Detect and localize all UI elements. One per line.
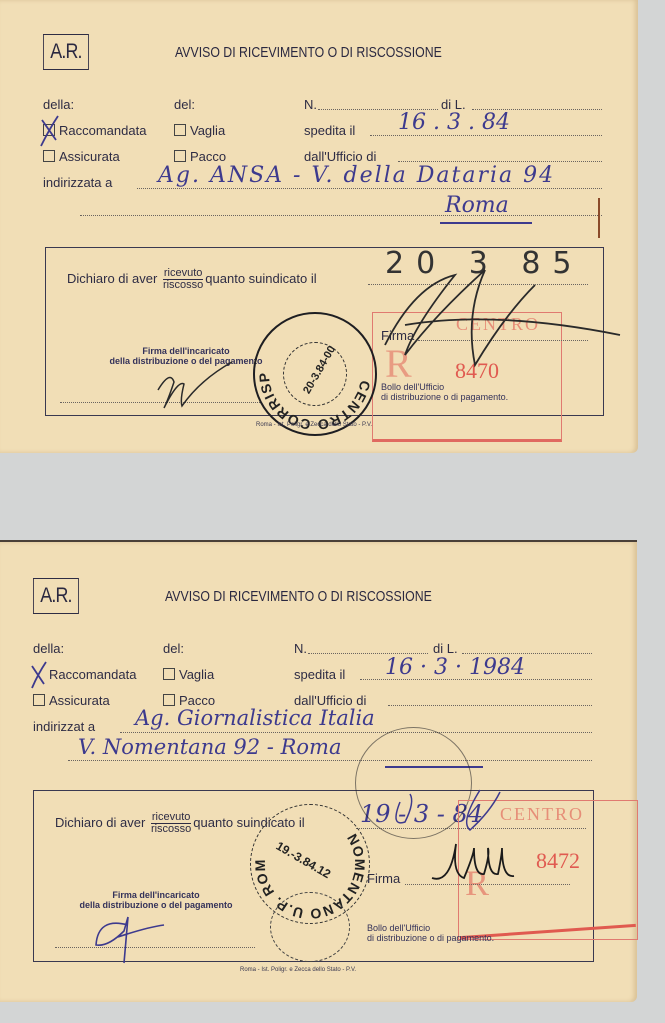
spedita-value: 16 . 3 . 84	[398, 110, 510, 135]
spedita-value: 16 · 3 · 1984	[385, 655, 525, 680]
address-underline	[440, 222, 532, 224]
declaration-text: Dichiaro di aver ricevutoriscossoquanto …	[67, 268, 317, 291]
ufficio-field[interactable]	[388, 705, 592, 706]
red-stamp-number: 8472	[536, 848, 580, 874]
ar-label-box: A.R.	[43, 34, 89, 70]
blue-date-scribble	[360, 782, 560, 842]
printer-footer: Roma - Ist. Poligr. e Zecca dello Stato …	[240, 967, 356, 973]
vaglia-option[interactable]: Vaglia	[163, 667, 214, 682]
della-label: della:	[43, 97, 74, 112]
address-line-1: Ag. ANSA - V. della Dataria 94	[158, 163, 555, 188]
ar-label: A.R.	[40, 584, 71, 607]
della-label: della:	[33, 641, 64, 656]
received-collected-fraction: ricevutoriscosso	[151, 812, 191, 835]
postmark-lower-ring	[270, 892, 350, 962]
checkmark-x-icon	[28, 660, 50, 690]
address-line-2: Roma	[445, 193, 509, 218]
del-label: del:	[163, 641, 184, 656]
printer-footer: Roma - Ist. Poligr. e Zecca dello Stato …	[256, 422, 372, 428]
del-label: del:	[174, 97, 195, 112]
address-line-2: V. Nomentana 92 - Roma	[78, 735, 341, 759]
vaglia-checkbox[interactable]	[174, 124, 186, 136]
firma-label: Firma	[367, 871, 400, 886]
staple-mark	[598, 198, 600, 238]
assicurata-checkbox[interactable]	[43, 150, 55, 162]
amount-field[interactable]	[462, 653, 592, 654]
incaricato-signature	[88, 897, 178, 967]
card-title: AVVISO DI RICEVIMENTO O DI RISCOSSIONE	[175, 44, 442, 61]
checkmark-x-icon	[38, 114, 66, 148]
received-collected-fraction: ricevutoriscosso	[163, 268, 203, 291]
indirizzata-label: indirizzat a	[33, 719, 95, 734]
pacco-checkbox[interactable]	[163, 694, 175, 706]
pacco-checkbox[interactable]	[174, 150, 186, 162]
address-field-2[interactable]	[68, 760, 592, 761]
ufficio-field[interactable]	[398, 161, 602, 162]
vaglia-checkbox[interactable]	[163, 668, 175, 680]
bollo-caption: Bollo dell'Ufficiodi distribuzione o di …	[367, 923, 494, 943]
address-field-2[interactable]	[80, 215, 602, 216]
card-title: AVVISO DI RICEVIMENTO O DI RISCOSSIONE	[165, 588, 432, 605]
indirizzata-label: indirizzata a	[43, 175, 112, 190]
postmark-stamp: CENTRO CORRISP.-V 20-3.84-00	[253, 312, 377, 436]
n-label: N.	[304, 97, 317, 112]
address-field-1[interactable]	[120, 732, 592, 733]
spedita-field[interactable]	[370, 135, 602, 136]
spedita-label: spedita il	[304, 123, 355, 138]
n-field[interactable]	[308, 653, 428, 654]
assicurata-option[interactable]: Assicurata	[33, 693, 110, 708]
receipt-card-1: A.R. AVVISO DI RICEVIMENTO O DI RISCOSSI…	[0, 0, 638, 453]
address-line-1: Ag. Giornalistica Italia	[135, 706, 375, 730]
spedita-label: spedita il	[294, 667, 345, 682]
vaglia-option[interactable]: Vaglia	[174, 123, 225, 138]
ar-label-box: A.R.	[33, 578, 79, 614]
recipient-signature	[430, 834, 520, 894]
incaricato-signature	[150, 360, 240, 410]
n-label: N.	[294, 641, 307, 656]
address-field-1[interactable]	[137, 188, 602, 189]
bollo-caption: Bollo dell'Ufficiodi distribuzione o di …	[381, 382, 508, 402]
di-l-label: di L.	[433, 641, 458, 656]
pacco-option[interactable]: Pacco	[174, 149, 226, 164]
ufficio-label: dall'Ufficio di	[304, 149, 376, 164]
assicurata-option[interactable]: Assicurata	[43, 149, 120, 164]
receipt-card-2: A.R. AVVISO DI RICEVIMENTO O DI RISCOSSI…	[0, 540, 637, 1002]
assicurata-checkbox[interactable]	[33, 694, 45, 706]
ar-label: A.R.	[50, 40, 81, 63]
recipient-signature	[375, 255, 625, 375]
